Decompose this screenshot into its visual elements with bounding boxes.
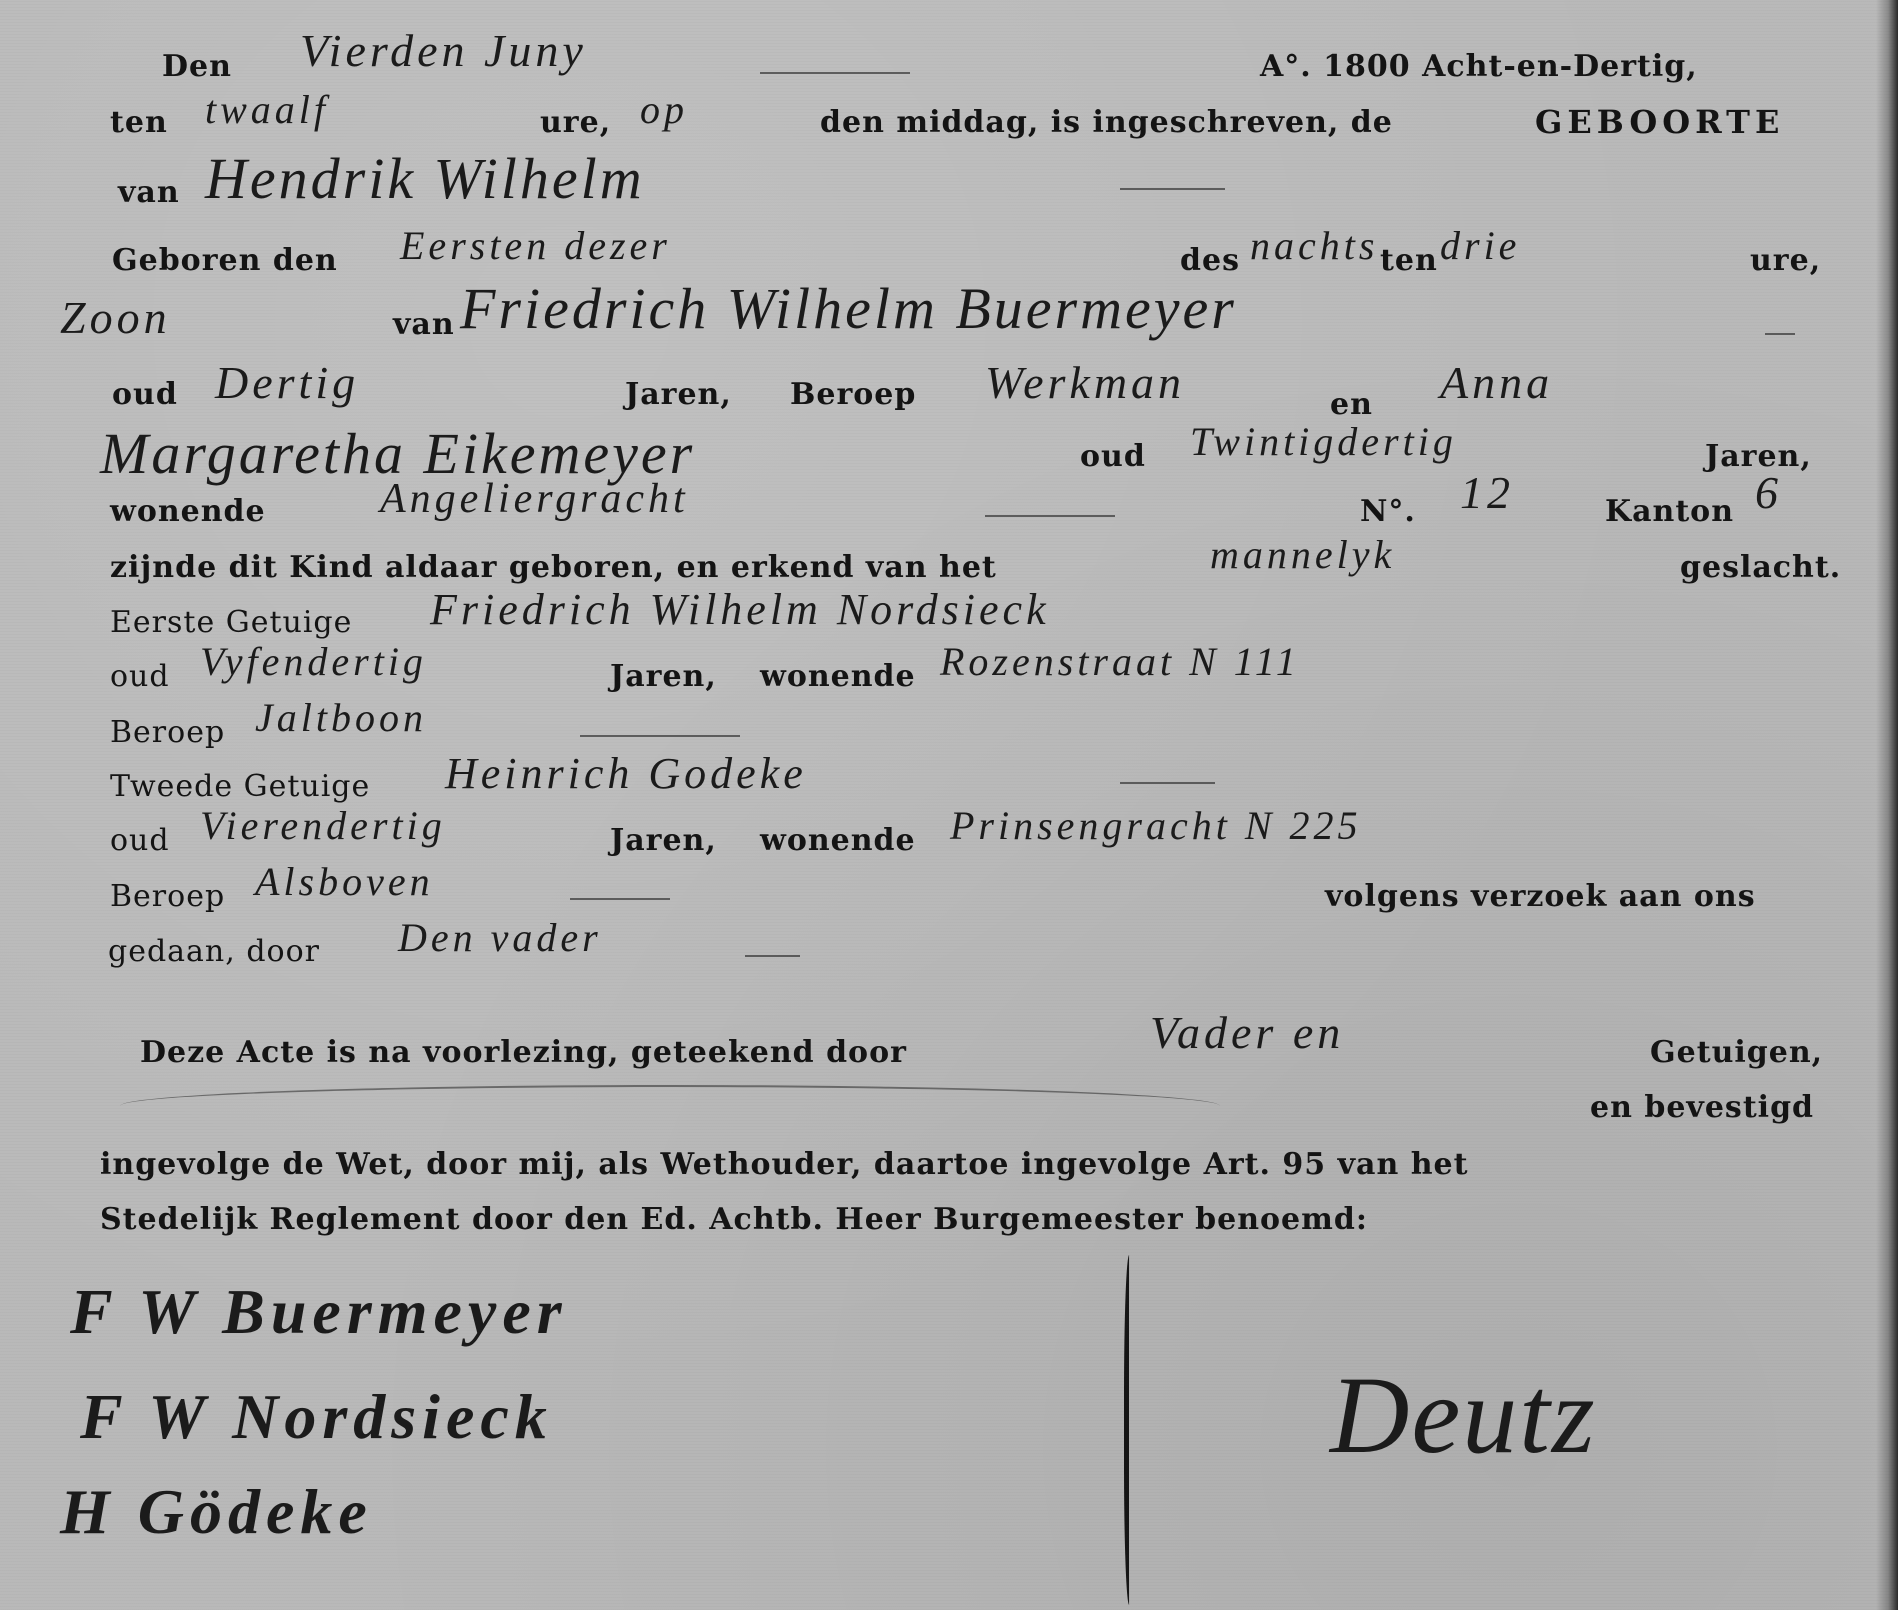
oud-label: oud [112, 380, 178, 410]
witness1-age: Vyfendertig [200, 642, 427, 682]
year-label: A°. 1800 Acht-en-Dertig, [1260, 52, 1698, 82]
geboorte-heading: GEBOORTE [1535, 106, 1784, 138]
van-label-2: van [393, 310, 455, 340]
child-name: Hendrik Wilhelm [205, 150, 645, 208]
birth-hour: drie [1440, 226, 1520, 266]
witness1-name: Friedrich Wilhelm Nordsieck [430, 588, 1050, 632]
witness1-occupation: Jaltboon [255, 698, 427, 738]
signature-official: Deutz [1330, 1360, 1597, 1470]
ten-label: ten [110, 108, 168, 138]
signature-witness2: H Gödeke [60, 1480, 373, 1544]
witness1-label: Eerste Getuige [110, 608, 352, 638]
kanton-number: 6 [1755, 470, 1782, 516]
ure-label: ure, [540, 108, 611, 138]
mother-name: Margaretha Eikemeyer [100, 425, 695, 483]
fill-line [1765, 333, 1795, 335]
closing-line2: en bevestigd [1590, 1093, 1814, 1123]
witness2-jaren-label: Jaren, [610, 826, 717, 856]
geboren-label: Geboren den [112, 246, 338, 276]
middag-label: den middag, is ingeschreven, de [820, 108, 1393, 138]
witness1-beroep-label: Beroep [110, 718, 225, 748]
ure-label-2: ure, [1750, 246, 1821, 276]
witness2-label: Tweede Getuige [110, 772, 370, 802]
den-label: Den [162, 52, 232, 82]
witness2-oud-label: oud [110, 826, 170, 856]
oud-label-2: oud [1080, 442, 1146, 472]
volgens-label: volgens verzoek aan ons [1325, 882, 1756, 912]
zoon-text: Zoon [60, 295, 171, 341]
witness1-wonende-label: wonende [760, 662, 916, 692]
birth-time-of-day: nachts [1250, 226, 1378, 266]
mother-first-name: Anna [1440, 360, 1553, 406]
witness1-jaren-label: Jaren, [610, 662, 717, 692]
registration-date: Vierden Juny [300, 28, 587, 74]
fill-line [760, 72, 910, 74]
father-name: Friedrich Wilhelm Buermeyer [460, 280, 1237, 338]
fill-line [1120, 782, 1215, 784]
jaren-label: Jaren, [625, 380, 732, 410]
witness2-name: Heinrich Godeke [445, 752, 807, 796]
closing-line3: ingevolge de Wet, door mij, als Wethoude… [100, 1150, 1468, 1180]
ten-label-2: ten [1380, 246, 1438, 276]
birth-date: Eersten dezer [400, 226, 671, 266]
fill-line [745, 955, 800, 957]
witness2-beroep-label: Beroep [110, 882, 225, 912]
signature-witness1: F W Nordsieck [80, 1385, 553, 1449]
van-label: van [118, 178, 180, 208]
closing-line4: Stedelijk Reglement door den Ed. Achtb. … [100, 1205, 1368, 1235]
requested-by: Den vader [398, 918, 602, 958]
signature-brace [1124, 1255, 1137, 1605]
child-sex-prefix: zijnde dit Kind aldaar geboren, en erken… [110, 553, 997, 583]
child-sex: mannelyk [1210, 535, 1395, 575]
witness2-wonende-label: wonende [760, 826, 916, 856]
op-text: op [640, 90, 688, 130]
number-label: N°. [1360, 497, 1416, 527]
house-number: 12 [1460, 470, 1514, 516]
witness2-address: Prinsengracht N 225 [950, 806, 1362, 846]
parents-street: Angeliergracht [380, 478, 689, 520]
fill-line [580, 735, 740, 737]
witness2-age: Vierendertig [200, 806, 446, 846]
child-sex-suffix: geslacht. [1680, 553, 1841, 583]
wonende-label: wonende [110, 497, 266, 527]
witness1-address: Rozenstraat N 111 [940, 642, 1300, 682]
fill-line [1120, 188, 1225, 190]
witness1-oud-label: oud [110, 662, 170, 692]
registration-hour: twaalf [205, 90, 329, 130]
flourish-line [120, 1085, 1220, 1127]
des-label: des [1180, 246, 1240, 276]
fill-line [570, 898, 670, 900]
gedaan-label: gedaan, door [108, 937, 320, 967]
kanton-label: Kanton [1605, 497, 1734, 527]
en-label: en [1330, 390, 1373, 420]
fill-line [985, 515, 1115, 517]
signed-by: Vader en [1150, 1010, 1344, 1056]
closing-line1: Deze Acte is na voorlezing, geteekend do… [140, 1038, 907, 1068]
birth-record-page: Den Vierden Juny A°. 1800 Acht-en-Dertig… [0, 0, 1898, 1610]
mother-age: Twintigdertig [1190, 422, 1457, 462]
signature-father: F W Buermeyer [70, 1280, 568, 1344]
father-age: Dertig [215, 360, 359, 406]
scan-edge-shadow [1876, 0, 1898, 1610]
father-occupation: Werkman [985, 360, 1185, 406]
witness2-occupation: Alsboven [255, 862, 434, 902]
closing-getuigen: Getuigen, [1650, 1038, 1823, 1068]
beroep-label: Beroep [790, 380, 916, 410]
